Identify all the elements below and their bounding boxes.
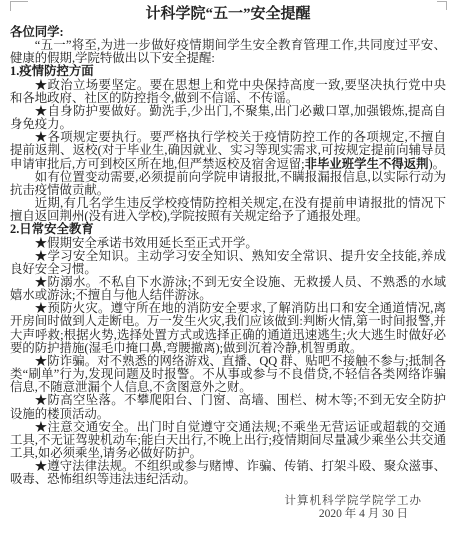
paragraph-law-compliance: ★遵守法律法规。不组织或参与赌博、诈骗、传销、打架斗殴、聚众滋事、吸毒、恐怖组织… bbox=[10, 460, 446, 486]
paragraph-text: )。 bbox=[429, 157, 446, 171]
paragraph-fall-prevention: ★防高空坠落。不攀爬阳台、门窗、高墙、围栏、树木等;不到无安全防护设施的楼顶活动… bbox=[10, 394, 446, 420]
paragraph-fraud-prevention: ★防诈骗。对不熟悉的网络游戏、直播、QQ 群、贴吧不接触不参与;抵制各类“刷单”… bbox=[10, 355, 446, 394]
paragraph-holiday-pledge: ★假期安全承诺书效用延长至正式开学。 bbox=[10, 237, 446, 250]
paragraph-location-change: 如有位置变动需要,必须提前向学院申请报批,不瞒报漏报信息,以实际行动为抗击疫情做… bbox=[10, 171, 446, 197]
section2-heading: 2.日常安全教育 bbox=[10, 223, 446, 236]
signature-office: 计算机科学院学院学工办 bbox=[10, 495, 446, 508]
paragraph-political-stance: ★政治立场要坚定。要在思想上和党中央保持高度一致,要坚决执行党中央和各地政府、社… bbox=[10, 79, 446, 105]
paragraph-fire-prevention: ★预防火灾。遵守所在地的消防安全要求,了解消防出口和安全通道情况,离开房间时做到… bbox=[10, 302, 446, 355]
paragraph-safety-knowledge: ★学习安全知识。主动学习安全知识、熟知安全常识、提升安全技能,养成良好安全习惯。 bbox=[10, 250, 446, 276]
paragraph-traffic-safety: ★注意交通安全。出门时自觉遵守交通法规;不乘坐无营运证或超载的交通工具,不无证驾… bbox=[10, 421, 446, 460]
paragraph-violation-notice: 近期,有几名学生违反学校疫情防控相关规定,在没有提前申请报批的情况下擅自返回荆州… bbox=[10, 197, 446, 223]
intro-paragraph: “五一”将至,为进一步做好疫情期间学生安全教育管理工作,共同度过平安、健康的假期… bbox=[10, 39, 446, 65]
document-page: 计科学院“五一”安全提醒 各位同学: “五一”将至,为进一步做好疫情期间学生安全… bbox=[0, 0, 456, 537]
paragraph-bold-warning: 非毕业班学生不得返荆 bbox=[305, 157, 429, 171]
paragraph-self-protection: ★自身防护要做好。勤洗手,少出门,不聚集,出门必戴口罩,加强锻炼,提高自身免疫力… bbox=[10, 105, 446, 131]
document-content: 计科学院“五一”安全提醒 各位同学: “五一”将至,为进一步做好疫情期间学生安全… bbox=[10, 5, 446, 521]
paragraph-drowning-prevention: ★防溺水。不私自下水游泳;不到无安全设施、无救援人员、不熟悉的水域嬉水或游泳;不… bbox=[10, 276, 446, 302]
document-title: 计科学院“五一”安全提醒 bbox=[10, 5, 446, 23]
paragraph-regulations: ★各项规定要执行。要严格执行学校关于疫情防控工作的各项规定,不擅自提前返荆、返校… bbox=[10, 131, 446, 170]
signature-block: 计算机科学院学院学工办 2020 年 4 月 30 日 bbox=[10, 495, 446, 521]
section1-heading: 1.疫情防控方面 bbox=[10, 65, 446, 78]
signature-date: 2020 年 4 月 30 日 bbox=[10, 508, 446, 521]
